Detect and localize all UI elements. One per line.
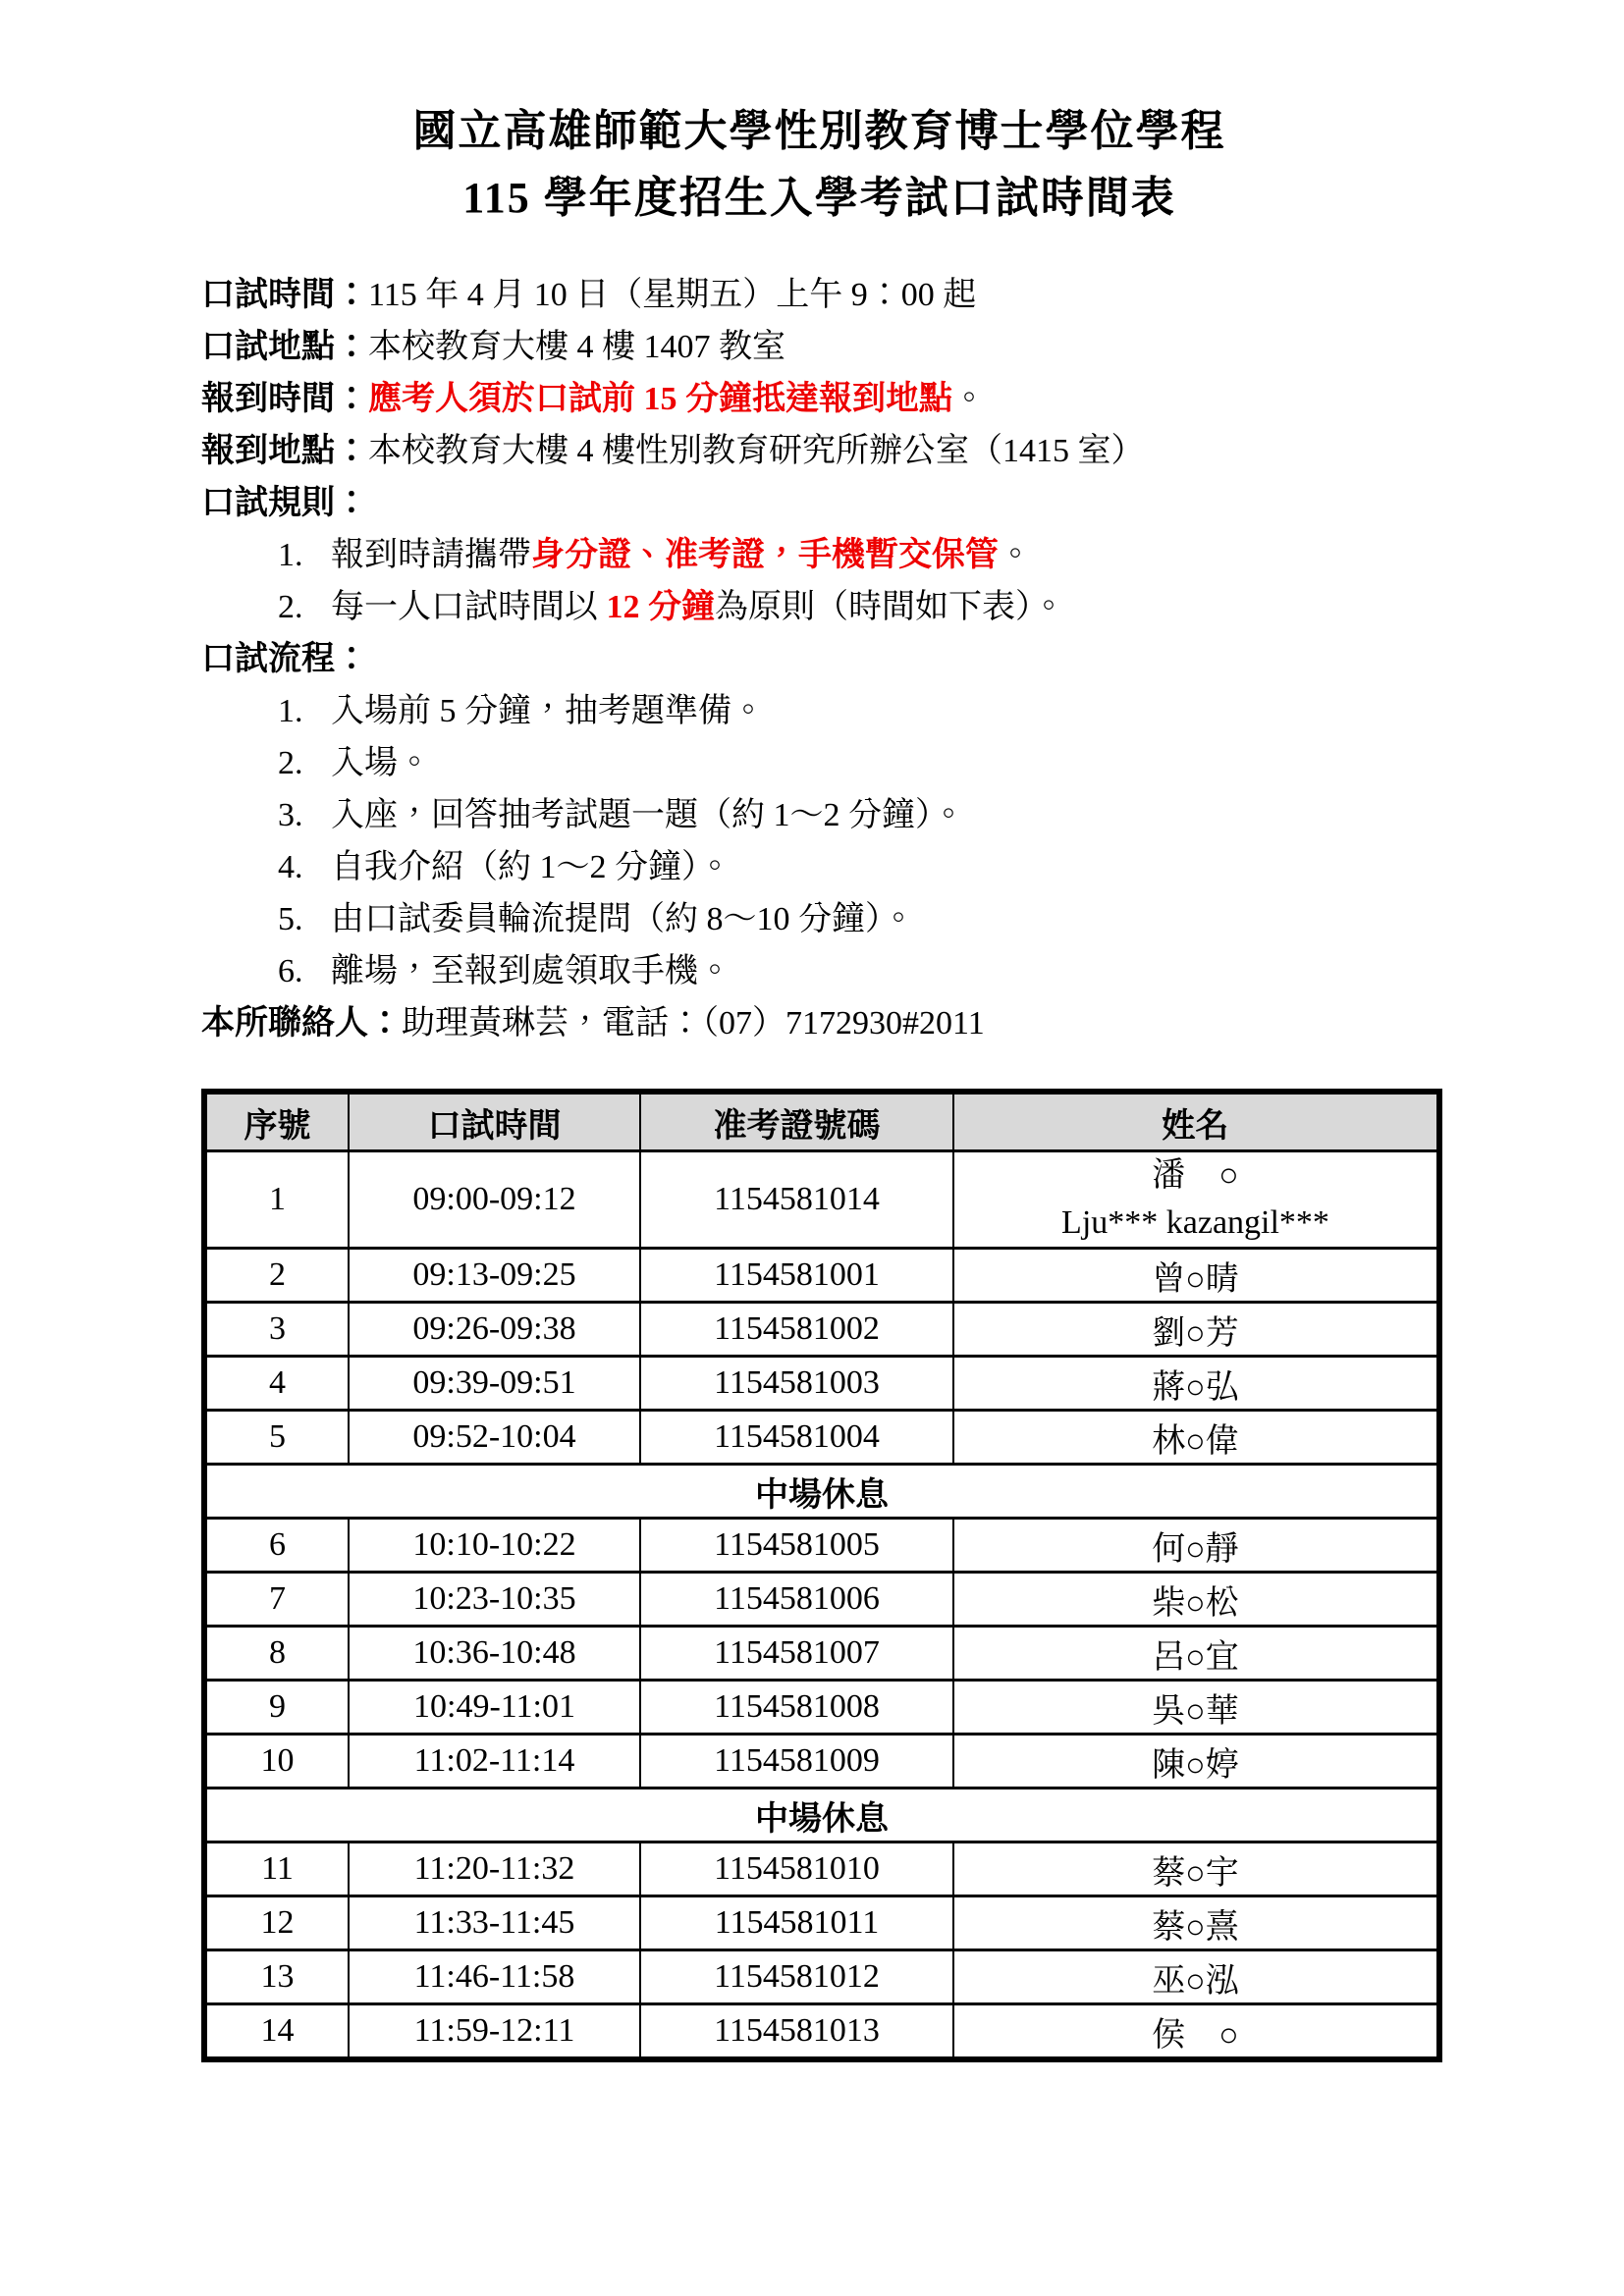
schedule-table-body: 109:00-09:121154581014潘 ○Lju*** kazangil… xyxy=(204,1151,1439,2060)
time-cell: 11:02-11:14 xyxy=(349,1735,640,1789)
rules-list: 1.報到時請攜帶身分證、准考證，手機暫交保管。 2.每一人口試時間以 12 分鐘… xyxy=(201,529,1437,633)
name-cell: 侯 ○ xyxy=(953,2004,1439,2060)
table-row: 610:10-10:221154581005何○靜 xyxy=(204,1519,1439,1573)
flow-label: 口試流程： xyxy=(201,641,368,677)
ticket-cell: 1154581005 xyxy=(640,1519,953,1573)
seq-cell: 3 xyxy=(204,1303,349,1357)
table-row: 309:26-09:381154581002劉○芳 xyxy=(204,1303,1439,1357)
ticket-cell: 1154581011 xyxy=(640,1896,953,1950)
contact-line: 本所聯絡人：助理黃琳芸，電話：（07）7172930#2011 xyxy=(201,997,1437,1049)
time-cell: 09:13-09:25 xyxy=(349,1249,640,1303)
table-row: 1211:33-11:451154581011蔡○熹 xyxy=(204,1896,1439,1950)
time-cell: 11:20-11:32 xyxy=(349,1842,640,1896)
contact-value: 助理黃琳芸，電話：（07）7172930#2011 xyxy=(402,1005,985,1041)
ticket-cell: 1154581006 xyxy=(640,1573,953,1627)
seq-cell: 11 xyxy=(204,1842,349,1896)
time-cell: 11:46-11:58 xyxy=(349,1950,640,2004)
flow-item: 6.離場，至報到處領取手機。 xyxy=(201,945,1437,997)
rule-item-2-post: 為原則（時間如下表）。 xyxy=(715,589,1065,625)
seq-cell: 4 xyxy=(204,1357,349,1411)
flow-item-text: 入場前 5 分鐘，抽考題準備。 xyxy=(331,693,765,729)
exam-time-value: 115 年 4 月 10 日（星期五）上午 9：00 起 xyxy=(368,277,976,313)
exam-place-value: 本校教育大樓 4 樓 1407 教室 xyxy=(368,329,785,365)
seq-cell: 1 xyxy=(204,1151,349,1249)
checkin-time-label: 報到時間： xyxy=(201,381,368,417)
rule-item-2: 2.每一人口試時間以 12 分鐘為原則（時間如下表）。 xyxy=(201,581,1437,633)
flow-item-number: 3. xyxy=(278,789,313,841)
table-row: 810:36-10:481154581007呂○宜 xyxy=(204,1627,1439,1681)
rule-item-1: 1.報到時請攜帶身分證、准考證，手機暫交保管。 xyxy=(201,529,1437,581)
flow-list: 1.入場前 5 分鐘，抽考題準備。2.入場。3.入座，回答抽考試題一題（約 1～… xyxy=(201,685,1437,997)
info-block: 口試時間：115 年 4 月 10 日（星期五）上午 9：00 起 口試地點：本… xyxy=(201,269,1437,1049)
ticket-cell: 1154581010 xyxy=(640,1842,953,1896)
name-cell: 何○靜 xyxy=(953,1519,1439,1573)
rules-heading: 口試規則： xyxy=(201,477,1437,529)
name-cell: 呂○宜 xyxy=(953,1627,1439,1681)
table-row: 209:13-09:251154581001曾○晴 xyxy=(204,1249,1439,1303)
checkin-place-value: 本校教育大樓 4 樓性別教育研究所辦公室（1415 室） xyxy=(368,433,1145,469)
header-name: 姓名 xyxy=(953,1092,1439,1151)
seq-cell: 9 xyxy=(204,1681,349,1735)
flow-heading: 口試流程： xyxy=(201,633,1437,685)
name-cell: 曾○晴 xyxy=(953,1249,1439,1303)
document-title-line1: 國立高雄師範大學性別教育博士學位學程 xyxy=(201,98,1437,165)
seq-cell: 5 xyxy=(204,1411,349,1465)
ticket-cell: 1154581002 xyxy=(640,1303,953,1357)
header-seq: 序號 xyxy=(204,1092,349,1151)
name-cell: 陳○婷 xyxy=(953,1735,1439,1789)
seq-cell: 7 xyxy=(204,1573,349,1627)
checkin-time-line: 報到時間：應考人須於口試前 15 分鐘抵達報到地點。 xyxy=(201,373,1437,425)
flow-item: 5.由口試委員輪流提問（約 8～10 分鐘）。 xyxy=(201,893,1437,945)
table-row: 710:23-10:351154581006柴○松 xyxy=(204,1573,1439,1627)
header-time: 口試時間 xyxy=(349,1092,640,1151)
document-title-line2: 115 學年度招生入學考試口試時間表 xyxy=(201,165,1437,232)
time-cell: 10:49-11:01 xyxy=(349,1681,640,1735)
table-row: 1011:02-11:141154581009陳○婷 xyxy=(204,1735,1439,1789)
seq-cell: 10 xyxy=(204,1735,349,1789)
name-cell: 潘 ○Lju*** kazangil*** xyxy=(953,1151,1439,1249)
table-row: 1311:46-11:581154581012巫○泓 xyxy=(204,1950,1439,2004)
exam-time-line: 口試時間：115 年 4 月 10 日（星期五）上午 9：00 起 xyxy=(201,269,1437,321)
flow-item-number: 2. xyxy=(278,737,313,789)
flow-item: 3.入座，回答抽考試題一題（約 1～2 分鐘）。 xyxy=(201,789,1437,841)
flow-item: 4.自我介紹（約 1～2 分鐘）。 xyxy=(201,841,1437,893)
time-cell: 11:59-12:11 xyxy=(349,2004,640,2060)
ticket-cell: 1154581003 xyxy=(640,1357,953,1411)
rule-item-1-number: 1. xyxy=(278,529,313,581)
name-line-1: 潘 ○ xyxy=(954,1152,1436,1200)
table-row: 409:39-09:511154581003蔣○弘 xyxy=(204,1357,1439,1411)
ticket-cell: 1154581008 xyxy=(640,1681,953,1735)
break-label: 中場休息 xyxy=(204,1465,1439,1519)
checkin-place-line: 報到地點：本校教育大樓 4 樓性別教育研究所辦公室（1415 室） xyxy=(201,425,1437,477)
exam-place-label: 口試地點： xyxy=(201,329,368,365)
time-cell: 11:33-11:45 xyxy=(349,1896,640,1950)
contact-label: 本所聯絡人： xyxy=(201,1005,402,1041)
ticket-cell: 1154581007 xyxy=(640,1627,953,1681)
seq-cell: 6 xyxy=(204,1519,349,1573)
rules-label: 口試規則： xyxy=(201,485,368,521)
seq-cell: 14 xyxy=(204,2004,349,2060)
rule-item-1-highlight: 身分證、准考證，手機暫交保管 xyxy=(531,537,999,573)
rule-item-2-pre: 每一人口試時間以 xyxy=(331,589,607,625)
time-cell: 10:23-10:35 xyxy=(349,1573,640,1627)
break-row: 中場休息 xyxy=(204,1789,1439,1842)
rule-item-1-period: 。 xyxy=(999,537,1032,573)
rule-item-1-pre: 報到時請攜帶 xyxy=(331,537,531,573)
checkin-time-period: 。 xyxy=(952,381,986,417)
name-cell: 巫○泓 xyxy=(953,1950,1439,2004)
flow-item-text: 由口試委員輪流提問（約 8～10 分鐘）。 xyxy=(331,901,915,937)
exam-place-line: 口試地點：本校教育大樓 4 樓 1407 教室 xyxy=(201,321,1437,373)
table-row: 109:00-09:121154581014潘 ○Lju*** kazangil… xyxy=(204,1151,1439,1249)
exam-time-label: 口試時間： xyxy=(201,277,368,313)
break-row: 中場休息 xyxy=(204,1465,1439,1519)
flow-item-text: 自我介紹（約 1～2 分鐘）。 xyxy=(331,849,731,885)
flow-item-text: 入場。 xyxy=(331,745,431,781)
name-line-2: Lju*** kazangil*** xyxy=(954,1200,1436,1247)
ticket-cell: 1154581013 xyxy=(640,2004,953,2060)
oral-exam-schedule-table: 序號 口試時間 准考證號碼 姓名 109:00-09:121154581014潘… xyxy=(201,1089,1442,2062)
ticket-cell: 1154581004 xyxy=(640,1411,953,1465)
table-row: 1411:59-12:111154581013侯 ○ xyxy=(204,2004,1439,2060)
table-row: 910:49-11:011154581008吳○華 xyxy=(204,1681,1439,1735)
flow-item-number: 5. xyxy=(278,893,313,945)
name-cell: 柴○松 xyxy=(953,1573,1439,1627)
ticket-cell: 1154581012 xyxy=(640,1950,953,2004)
rule-item-2-highlight: 12 分鐘 xyxy=(607,589,716,625)
rule-item-2-number: 2. xyxy=(278,581,313,633)
table-header-row: 序號 口試時間 准考證號碼 姓名 xyxy=(204,1092,1439,1151)
flow-item: 1.入場前 5 分鐘，抽考題準備。 xyxy=(201,685,1437,737)
flow-item-text: 離場，至報到處領取手機。 xyxy=(331,953,731,989)
flow-item-text: 入座，回答抽考試題一題（約 1～2 分鐘）。 xyxy=(331,797,965,833)
table-row: 509:52-10:041154581004林○偉 xyxy=(204,1411,1439,1465)
flow-item-number: 4. xyxy=(278,841,313,893)
name-cell: 蔡○宇 xyxy=(953,1842,1439,1896)
name-cell: 蔣○弘 xyxy=(953,1357,1439,1411)
name-cell: 林○偉 xyxy=(953,1411,1439,1465)
name-cell: 蔡○熹 xyxy=(953,1896,1439,1950)
document-page: 國立高雄師範大學性別教育博士學位學程 115 學年度招生入學考試口試時間表 口試… xyxy=(0,0,1624,2296)
time-cell: 10:10-10:22 xyxy=(349,1519,640,1573)
ticket-cell: 1154581009 xyxy=(640,1735,953,1789)
time-cell: 09:26-09:38 xyxy=(349,1303,640,1357)
header-ticket: 准考證號碼 xyxy=(640,1092,953,1151)
ticket-cell: 1154581001 xyxy=(640,1249,953,1303)
time-cell: 09:52-10:04 xyxy=(349,1411,640,1465)
seq-cell: 8 xyxy=(204,1627,349,1681)
seq-cell: 12 xyxy=(204,1896,349,1950)
time-cell: 09:39-09:51 xyxy=(349,1357,640,1411)
time-cell: 09:00-09:12 xyxy=(349,1151,640,1249)
table-row: 1111:20-11:321154581010蔡○宇 xyxy=(204,1842,1439,1896)
time-cell: 10:36-10:48 xyxy=(349,1627,640,1681)
checkin-time-warning: 應考人須於口試前 15 分鐘抵達報到地點 xyxy=(368,381,952,417)
name-cell: 吳○華 xyxy=(953,1681,1439,1735)
name-cell: 劉○芳 xyxy=(953,1303,1439,1357)
seq-cell: 13 xyxy=(204,1950,349,2004)
document-content: 國立高雄師範大學性別教育博士學位學程 115 學年度招生入學考試口試時間表 口試… xyxy=(0,0,1624,2062)
seq-cell: 2 xyxy=(204,1249,349,1303)
flow-item-number: 1. xyxy=(278,685,313,737)
flow-item: 2.入場。 xyxy=(201,737,1437,789)
checkin-place-label: 報到地點： xyxy=(201,433,368,469)
break-label: 中場休息 xyxy=(204,1789,1439,1842)
ticket-cell: 1154581014 xyxy=(640,1151,953,1249)
flow-item-number: 6. xyxy=(278,945,313,997)
